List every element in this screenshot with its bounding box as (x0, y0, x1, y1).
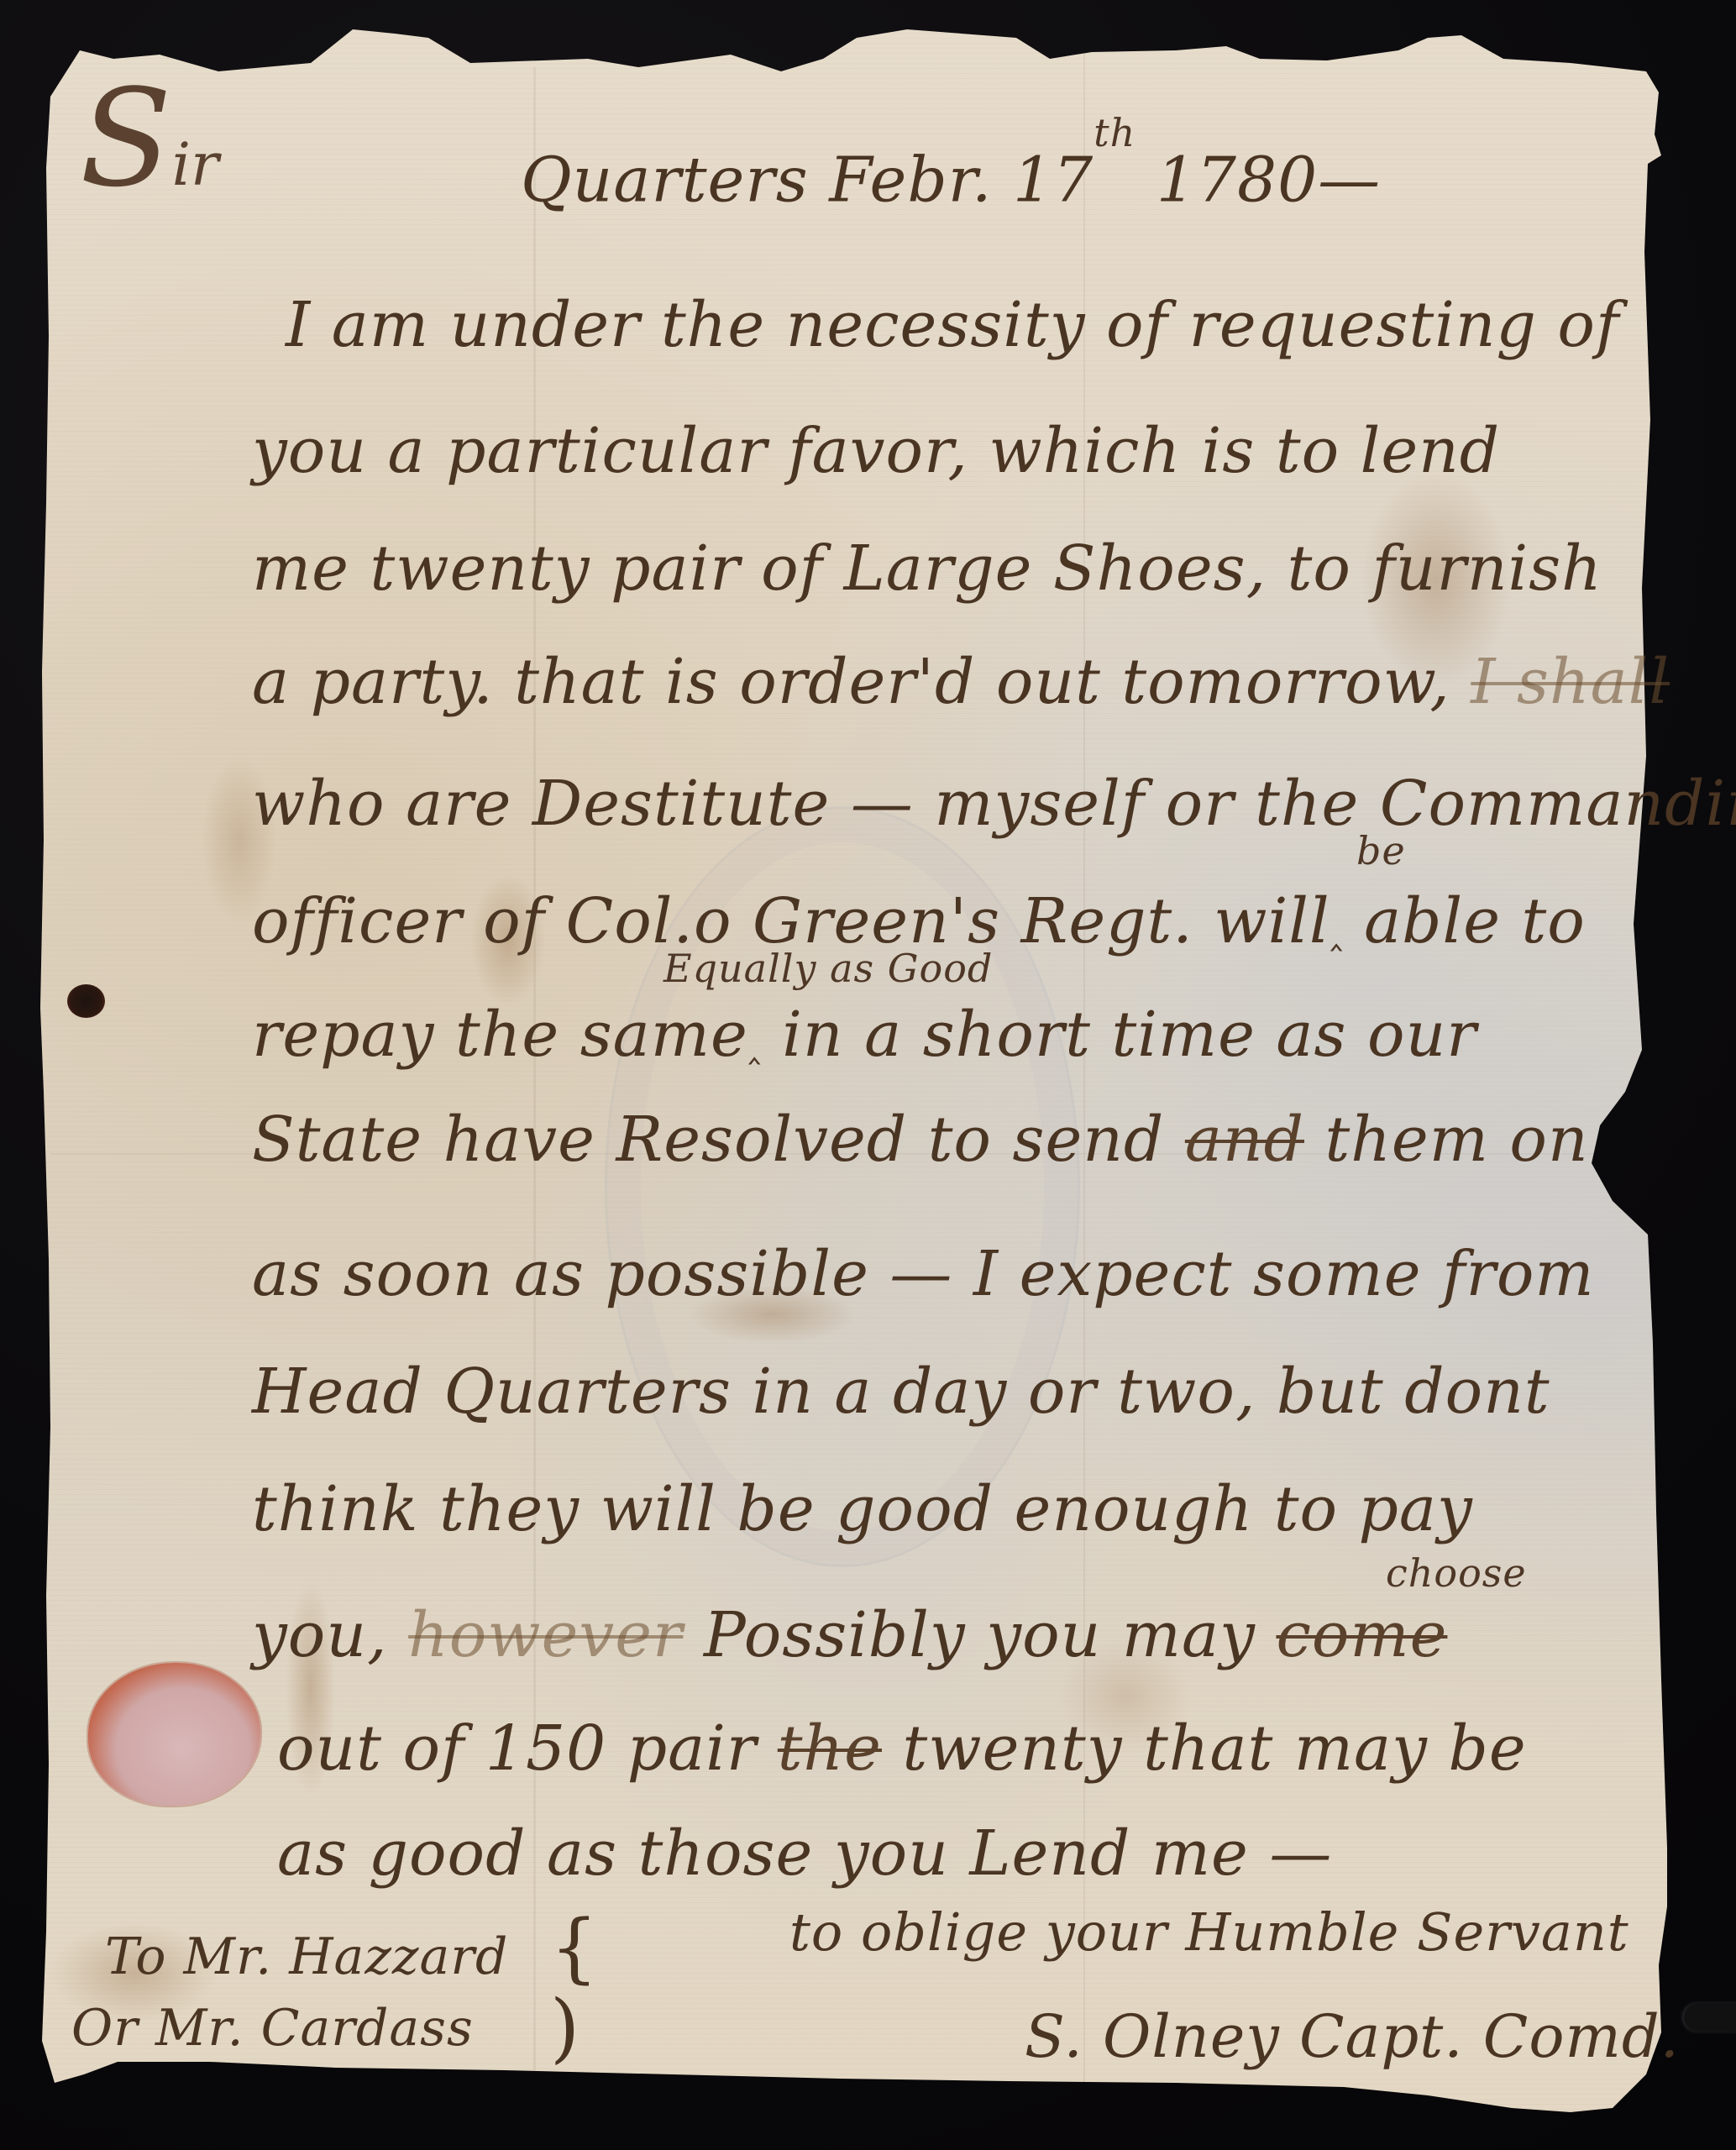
body-line-2: you a particular favor, which is to lend (252, 420, 1500, 482)
dateline-day-suffix: th (1094, 110, 1135, 155)
body-line-1: I am under the necessity of requesting o… (286, 294, 1619, 356)
salutation-rest: ir (172, 130, 219, 199)
wax-seal (88, 1663, 260, 1806)
address-line-2: Or Mr. Cardass (71, 2003, 474, 2053)
salutation-initial: S (80, 60, 172, 217)
insertion-caret: ‸ (748, 1022, 762, 1065)
insertion-choose: choose (1386, 1554, 1527, 1592)
body-line-5: who are Destitute — myself or the Comman… (252, 773, 1736, 835)
body-line-14: as good as those you Lend me — (277, 1822, 1332, 1885)
body-line-4: a party. that is order'd out tomorrow, I… (252, 651, 1670, 713)
body-line-12: you, however Possibly you may come (252, 1604, 1447, 1666)
body-line-13-after: twenty that may be (903, 1712, 1527, 1785)
address-bracket-bottom: ) (550, 1990, 580, 2066)
body-line-8: State have Resolved to send and them on (252, 1109, 1589, 1171)
struck-text: come (1276, 1599, 1447, 1671)
dateline-year: 1780 (1156, 144, 1318, 217)
body-line-12-mid: Possibly you may (704, 1599, 1256, 1671)
body-line-9: as soon as possible — I expect some from (252, 1243, 1595, 1305)
insertion-caret: ‸ (1330, 909, 1344, 952)
mounting-clip (1684, 2003, 1736, 2032)
struck-text: however (408, 1599, 683, 1671)
body-line-8-after: them on (1325, 1104, 1589, 1176)
body-line-11: think they will be good enough to pay (252, 1478, 1473, 1540)
body-line-7: repay the same‸ in a short time as our (252, 1004, 1477, 1066)
body-line-3: me twenty pair of Large Shoes, to furnis… (252, 537, 1602, 600)
insertion-equally-as-good: Equally as Good (663, 949, 993, 988)
body-line-12-before: you, (252, 1599, 388, 1671)
dateline-month: Febr. (829, 144, 992, 217)
closing: to oblige your Humble Servant (789, 1906, 1629, 1959)
dateline-day: 17 (1013, 144, 1094, 217)
body-line-13-before: out of 150 pair (277, 1712, 757, 1785)
body-line-7-after: in a short time as our (782, 999, 1476, 1071)
address-line-1: To Mr. Hazzard (105, 1932, 508, 1982)
ink-blot (67, 984, 105, 1018)
signature: S. Olney Capt. Comd. (1025, 2007, 1680, 2066)
dateline-place: Quarters (521, 144, 809, 217)
dateline-dash: — (1318, 144, 1381, 217)
struck-text: I shall (1471, 646, 1670, 718)
body-line-6: officer of Col.o Green's Regt. will‸ abl… (252, 890, 1586, 952)
body-line-10: Head Quarters in a day or two, but dont (252, 1361, 1550, 1423)
signature-text: S. Olney Capt. Comd. (1025, 2002, 1680, 2071)
struck-text: the (778, 1712, 882, 1785)
body-line-13: out of 150 pair the twenty that may be (277, 1717, 1527, 1780)
salutation: Sir (80, 71, 218, 206)
body-line-8-before: State have Resolved to send (252, 1104, 1164, 1176)
insertion-be: be (1356, 831, 1406, 870)
struck-text: and (1185, 1104, 1304, 1176)
body-line-7-before: repay the same (252, 999, 748, 1071)
body-line-6-after: able to (1364, 885, 1586, 957)
address-bracket-top: { (550, 1911, 598, 1986)
body-line-4-text: a party. that is order'd out tomorrow, (252, 646, 1450, 718)
dateline: Quarters Febr. 17th 1780— (521, 147, 1381, 212)
